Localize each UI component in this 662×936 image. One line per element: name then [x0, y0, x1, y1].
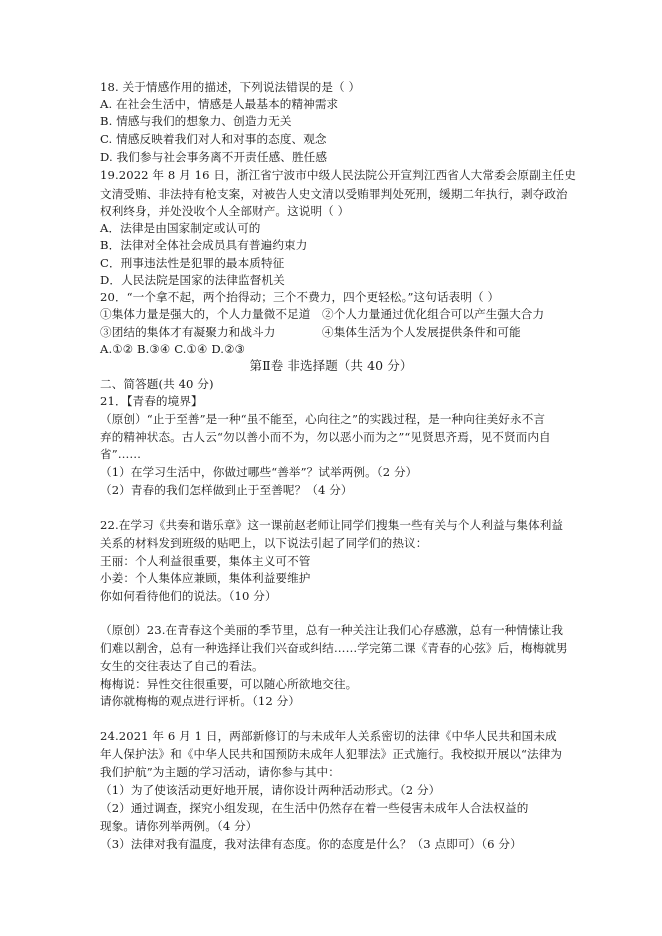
q24-sub-3: （3）法律对我有温度，我对法律有态度。你的态度是什么？（3 点即可）（6 分）: [100, 835, 522, 853]
q23-line-1: （原创）23.在青春这个美丽的季节里，总有一种关注让我们心存感激，总有一种情愫让…: [100, 621, 563, 639]
q24-line-2: 年人保护法》和《中华人民共和国预防未成年人犯罪法》正式施行。我校拟开展以“法律为: [100, 745, 562, 763]
q18-option-a: A. 在社会生活中，情感是人最基本的精神需求: [100, 95, 338, 113]
q22-line-3: 王丽：个人利益很重要，集体主义可不管: [100, 552, 311, 570]
q18-option-b: B. 情感与我们的想象力、创造力无关: [100, 112, 292, 130]
exam-page: 18. 关于情感作用的描述，下列说法错误的是（ ） A. 在社会生活中，情感是人…: [0, 0, 662, 936]
q20-statement-1: ①集体力量是强大的，个人力量微不足道: [100, 307, 311, 321]
q20-statement-row-1: ①集体力量是强大的，个人力量微不足道: [100, 305, 311, 323]
q20-stem: 20．“一个拿不起，两个抬得动；三个不费力，四个更轻松。”这句话表明（ ）: [100, 288, 499, 306]
q23-line-4: 梅梅说：异性交往很重要，可以随心所欲地交往。: [100, 675, 357, 693]
q22-line-4: 小姜：个人集体应兼顾，集体利益要维护: [100, 569, 311, 587]
q18-stem: 18. 关于情感作用的描述，下列说法错误的是（ ）: [100, 78, 360, 96]
q22-line-1: 22.在学习《共奏和谐乐章》这一课前赵老师让同学们搜集一些有关与个人利益与集体利…: [100, 516, 563, 534]
q20-statement-2: ②个人力量通过优化组合可以产生强大合力: [322, 305, 544, 323]
q24-sub-2: （2）通过调查，探究小组发现，在生活中仍然存在着一些侵害未成年人合法权益的: [100, 799, 528, 817]
part2-title: 第Ⅱ卷 非选择题（共 40 分）: [0, 357, 662, 375]
q24-line-3: 我们护航”为主题的学习活动，请你参与其中：: [100, 763, 340, 781]
q19-stem-line-1: 19.2022 年 8 月 16 日，浙江省宁波市中级人民法院公开宣判江西省人大…: [100, 166, 576, 184]
q19-option-a: A．法律是由国家制定或认可的: [100, 219, 261, 237]
q23-line-5: 请你就梅梅的观点进行评析。（12 分）: [100, 692, 300, 710]
q21-material-line-2: 弃的精神状态。古人云“勿以善小而不为，勿以恶小而为之”“见贤思齐焉，见不贤而内自: [100, 428, 551, 446]
q24-sub-1: （1）为了使该活动更好地开展，请你设计两种活动形式。（2 分）: [100, 781, 440, 799]
q22-line-2: 关系的材料发到班级的贴吧上，以下说法引起了同学们的热议：: [100, 534, 427, 552]
q19-option-d: D．人民法院是国家的法律监督机关: [100, 271, 285, 289]
q19-stem-line-2: 文清受贿、非法持有枪支案，对被告人史文清以受贿罪判处死刑，缓期二年执行，剥夺政治: [100, 185, 568, 203]
q18-option-d: D. 我们参与社会事务离不开责任感、胜任感: [100, 148, 327, 166]
q21-title: 21．【青春的境界】: [100, 392, 203, 410]
q20-statement-4: ④集体生活为个人发展提供条件和可能: [322, 323, 521, 341]
section-heading: 二、简答题(共 40 分): [100, 375, 214, 393]
q23-line-3: 女生的交往表达了自己的看法。: [100, 657, 264, 675]
q18-option-c: C. 情感反映着我们对人和对事的态度、观念: [100, 130, 327, 148]
q21-material-line-1: （原创）“止于至善”是一种“虽不能至，心向往之”的实践过程，是一种向往美好永不言: [100, 410, 545, 428]
q24-line-1: 24.2021 年 6 月 1 日，两部新修订的与未成年人关系密切的法律《中华人…: [100, 727, 557, 745]
q19-stem-line-3: 权利终身，并处没收个人全部财产。这说明（ ）: [100, 202, 349, 220]
q24-sub-2-cont: 现象。请你列举两例。（4 分）: [100, 817, 257, 835]
q20-statement-3: ③团结的集体才有凝聚力和战斗力: [100, 323, 275, 341]
q20-answers: A.①② B.③④ C.①④ D.②③: [100, 340, 245, 358]
q21-sub-2: （2）青春的我们怎样做到止于至善呢？（4 分）: [100, 481, 353, 499]
q22-line-5: 你如何看待他们的说法。（10 分）: [100, 587, 277, 605]
q21-material-line-3: 省”……: [100, 445, 141, 463]
q19-option-c: C．刑事违法性是犯罪的最本质特征: [100, 254, 284, 272]
q21-sub-1: （1）在学习生活中，你做过哪些“善举”？试举两例。（2 分）: [100, 463, 417, 481]
q19-option-b: B．法律对全体社会成员具有普遍约束力: [100, 236, 307, 254]
q23-line-2: 们难以割舍，总有一种选择让我们兴奋或纠结……学完第二课《青春的心弦》后，梅梅就男: [100, 639, 568, 657]
